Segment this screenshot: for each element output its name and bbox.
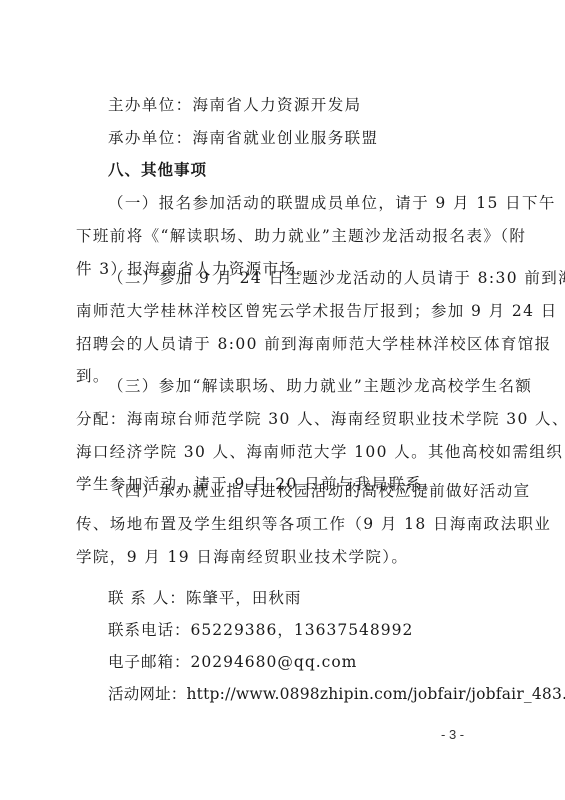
item-2-line-1: （二）参加 9 月 24 日主题沙龙活动的人员请于 8:30 前到海	[108, 268, 528, 288]
item-4-line-1: （四）承办就业指导进校园活动的高校应提前做好活动宣	[108, 481, 528, 501]
section-title: 八、其他事项	[108, 160, 528, 180]
activity-website: 活动网址：http://www.0898zhipin.com/jobfair/j…	[108, 684, 528, 704]
item-4-line-2: 传、场地布置及学生组织等各项工作（9 月 18 日海南政法职业	[76, 514, 496, 534]
item-3-line-2: 分配：海南琼台师范学院 30 人、海南经贸职业技术学院 30 人、	[76, 409, 496, 429]
item-1-line-1: （一）报名参加活动的联盟成员单位，请于 9 月 15 日下午	[108, 193, 528, 213]
item-3-line-3: 海口经济学院 30 人、海南师范大学 100 人。其他高校如需组织	[76, 442, 496, 462]
contact-email: 电子邮箱：20294680@qq.com	[108, 652, 528, 672]
item-3-line-1: （三）参加“解读职场、助力就业”主题沙龙高校学生名额	[108, 376, 528, 396]
contact-person: 联 系 人：陈肇平，田秋雨	[108, 588, 528, 608]
item-1-line-2: 下班前将《“解读职场、助力就业”主题沙龙活动报名表》（附	[76, 226, 496, 246]
host-organizer: 主办单位：海南省人力资源开发局	[108, 95, 528, 115]
item-2-line-2: 南师范大学桂林洋校区曾宪云学术报告厅报到；参加 9 月 24 日	[76, 301, 496, 321]
contact-phone: 联系电话：65229386，13637548992	[108, 620, 528, 640]
page-number: - 3 -	[441, 727, 464, 742]
item-2-line-3: 招聘会的人员请于 8:00 前到海南师范大学桂林洋校区体育馆报	[76, 334, 496, 354]
undertaking-organizer: 承办单位：海南省就业创业服务联盟	[108, 128, 528, 148]
item-4-line-3: 学院，9 月 19 日海南经贸职业技术学院）。	[76, 547, 496, 567]
